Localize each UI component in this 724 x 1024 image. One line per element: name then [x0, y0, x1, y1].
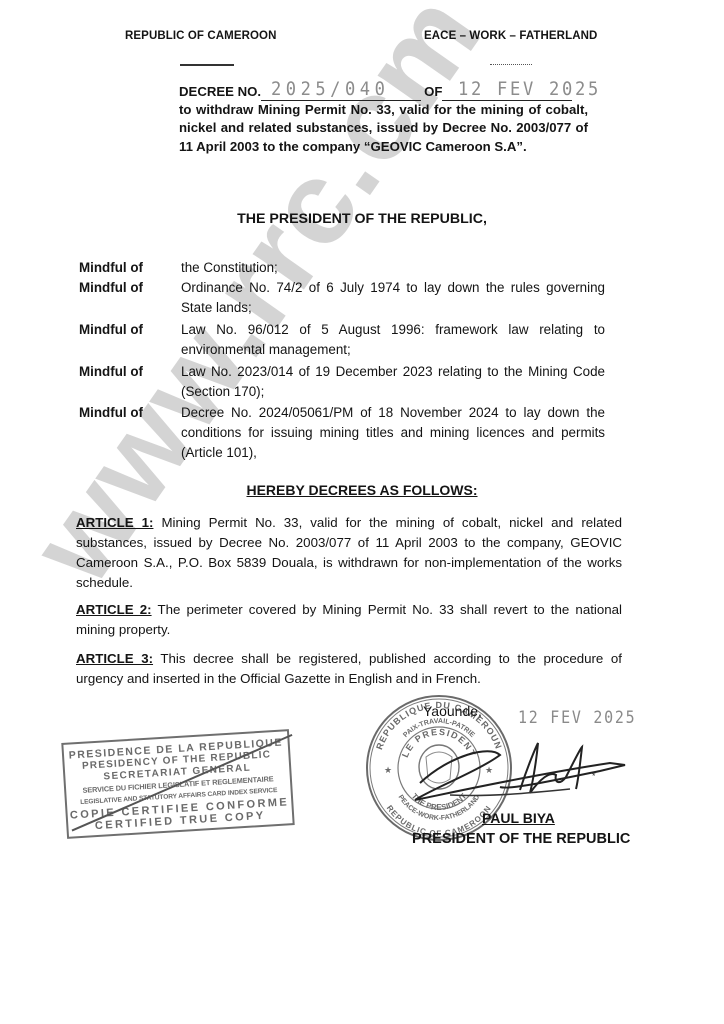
decree-number-field: 2025/040: [261, 86, 421, 101]
decree-date-field: 12 FEV 2025: [442, 86, 572, 101]
article-2: ARTICLE 2: The perimeter covered by Mini…: [76, 600, 622, 640]
article-3: ARTICLE 3: This decree shall be register…: [76, 649, 622, 689]
article-1: ARTICLE 1: Mining Permit No. 33, valid f…: [76, 513, 622, 593]
signing-date-stamp: 12 FEV 2025: [518, 708, 636, 728]
mindful-label: Mindful of: [79, 362, 181, 402]
mindful-label: Mindful of: [79, 258, 181, 278]
mindful-item: Mindful of Ordinance No. 74/2 of 6 July …: [79, 278, 605, 318]
article-text: This decree shall be registered, publish…: [76, 651, 622, 686]
article-text: Mining Permit No. 33, valid for the mini…: [76, 515, 622, 590]
article-label: ARTICLE 3:: [76, 651, 153, 666]
svg-text:★: ★: [384, 765, 392, 775]
decrees-heading: HEREBY DECREES AS FOLLOWS:: [0, 482, 724, 498]
article-label: ARTICLE 2:: [76, 602, 152, 617]
header-rule-right: [490, 64, 532, 65]
mindful-label: Mindful of: [79, 403, 181, 463]
header-motto: EACE – WORK – FATHERLAND: [424, 30, 597, 42]
mindful-label: Mindful of: [79, 320, 181, 360]
decree-of-label: OF: [424, 83, 442, 101]
decree-date-stamp: 12 FEV 2025: [458, 80, 601, 98]
decree-number-stamp: 2025/040: [271, 80, 389, 98]
svg-text:*: *: [592, 771, 596, 781]
article-label: ARTICLE 1:: [76, 515, 153, 530]
mindful-label: Mindful of: [79, 278, 181, 318]
signing-place: Yaounde,: [423, 703, 482, 719]
mindful-item: Mindful of the Constitution;: [79, 258, 605, 278]
mindful-text: Ordinance No. 74/2 of 6 July 1974 to lay…: [181, 278, 605, 318]
mindful-text: the Constitution;: [181, 258, 605, 278]
header-rule-left: [180, 64, 234, 66]
article-text: The perimeter covered by Mining Permit N…: [76, 602, 622, 637]
signer-name: PAUL BIYA: [482, 810, 555, 826]
mindful-text: Decree No. 2024/05061/PM of 18 November …: [181, 403, 605, 463]
mindful-item: Mindful of Decree No. 2024/05061/PM of 1…: [79, 403, 605, 463]
mindful-item: Mindful of Law No. 96/012 of 5 August 19…: [79, 320, 605, 360]
president-heading: THE PRESIDENT OF THE REPUBLIC,: [0, 211, 724, 227]
decree-number-line: DECREE NO. 2025/040 OF 12 FEV 2025: [179, 80, 588, 101]
header-country: REPUBLIC OF CAMEROON: [125, 30, 277, 42]
decree-title-block: DECREE NO. 2025/040 OF 12 FEV 2025 to wi…: [179, 80, 588, 156]
decree-subject: to withdraw Mining Permit No. 33, valid …: [179, 101, 588, 156]
signature-icon: *: [410, 735, 630, 815]
mindful-text: Law No. 2023/014 of 19 December 2023 rel…: [181, 362, 605, 402]
mindful-item: Mindful of Law No. 2023/014 of 19 Decemb…: [79, 362, 605, 402]
mindful-text: Law No. 96/012 of 5 August 1996: framewo…: [181, 320, 605, 360]
decree-no-label: DECREE NO.: [179, 83, 261, 101]
certified-copy-stamp: PRESIDENCE DE LA REPUBLIQUE PRESIDENCY O…: [61, 729, 294, 839]
signer-title: PRESIDENT OF THE REPUBLIC: [412, 831, 630, 847]
